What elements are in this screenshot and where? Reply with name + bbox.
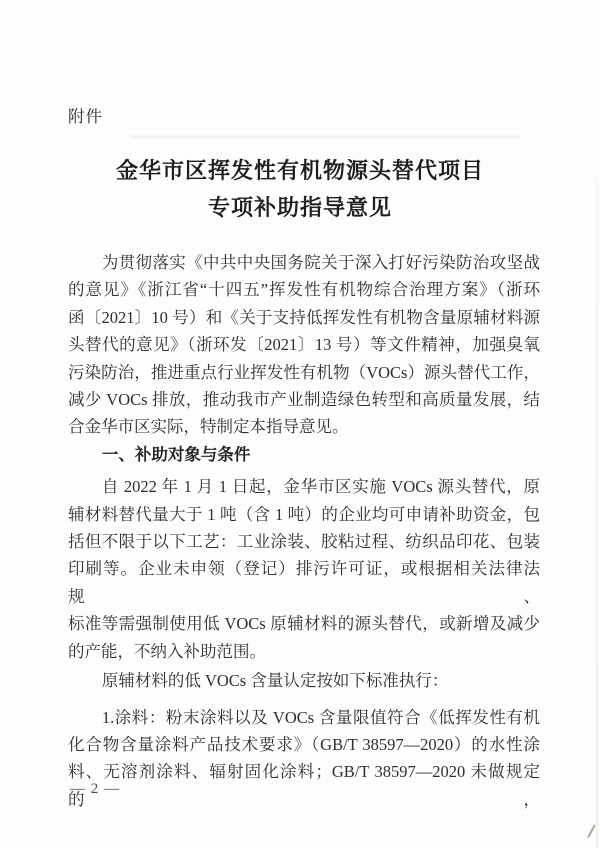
paragraph-line: 头替代的意见》（浙环发〔2021〕13 号）等文件精神，加强臭氧 — [68, 331, 540, 358]
paragraph-line: 括但不限于以下工艺：工业涂装、胶粘过程、纺织品印花、包装 — [68, 528, 540, 555]
paragraph-line: 减少 VOCs 排放，推动我市产业制造绿色转型和高质量发展，结 — [68, 386, 540, 413]
document-title: 金华市区挥发性有机物源头替代项目 专项补助指导意见 — [0, 152, 600, 226]
scan-edge-shadow — [596, 180, 598, 848]
paragraph-line: 合金华市区实际，特制定本指导意见。 — [68, 413, 540, 440]
paragraph-line: 的意见》《浙江省“十四五”挥发性有机物综合治理方案》（浙环 — [68, 276, 540, 303]
attachment-label: 附件 — [68, 103, 103, 127]
paragraph-4: 1.涂料：粉末涂料以及 VOCs 含量限值符合《低挥发性有机 化合物含量涂料产品… — [68, 704, 540, 814]
paragraph-line: 1.涂料：粉末涂料以及 VOCs 含量限值符合《低挥发性有机 — [68, 704, 540, 731]
paragraph-3: 原辅材料的低 VOCs 含量认定按如下标准执行： — [68, 667, 540, 694]
paragraph-line: 印刷等。企业未申领（登记）排污许可证，或根据相关法律法规、 — [68, 555, 540, 610]
scan-smudge — [130, 135, 520, 138]
paragraph-line: 标准等需强制使用低 VOCs 原辅材料的源头替代，或新增及减少 — [68, 610, 540, 637]
paragraph-line: 污染防治，推进重点行业挥发性有机物（VOCs）源头替代工作， — [68, 359, 540, 386]
scanned-document-page: 附件 金华市区挥发性有机物源头替代项目 专项补助指导意见 为贯彻落实《中共中央国… — [0, 0, 600, 848]
paragraph-2: 自 2022 年 1 月 1 日起，金华市区实施 VOCs 源头替代，原 辅材料… — [68, 473, 540, 665]
document-title-line-2: 专项补助指导意见 — [0, 189, 600, 226]
paragraph-line: 化合物含量涂料产品技术要求》（GB/T 38597—2020）的水性涂 — [68, 731, 540, 758]
paragraph-line: 辅材料替代量大于 1 吨（含 1 吨）的企业均可申请补助资金，包 — [68, 501, 540, 528]
paragraph-line: 的产能，不纳入补助范围。 — [68, 638, 540, 665]
paragraph-line: 为贯彻落实《中共中央国务院关于深入打好污染防治攻坚战 — [68, 249, 540, 276]
scan-artifact-mark — [587, 824, 600, 841]
document-body: 为贯彻落实《中共中央国务院关于深入打好污染防治攻坚战 的意见》《浙江省“十四五”… — [68, 249, 540, 813]
page-number: — 2 — — [70, 781, 120, 798]
paragraph-line: 自 2022 年 1 月 1 日起，金华市区实施 VOCs 源头替代，原 — [68, 473, 540, 500]
paragraph-line: 原辅材料的低 VOCs 含量认定按如下标准执行： — [68, 667, 540, 694]
document-title-line-1: 金华市区挥发性有机物源头替代项目 — [0, 152, 600, 189]
paragraph-1: 为贯彻落实《中共中央国务院关于深入打好污染防治攻坚战 的意见》《浙江省“十四五”… — [68, 249, 540, 441]
paragraph-line: 函〔2021〕10 号）和《关于支持低挥发性有机物含量原辅材料源 — [68, 304, 540, 331]
section-heading-1: 一、补助对象与条件 — [68, 442, 540, 469]
paragraph-line: 料、无溶剂涂料、辐射固化涂料；GB/T 38597—2020 未做规定的， — [68, 758, 540, 813]
